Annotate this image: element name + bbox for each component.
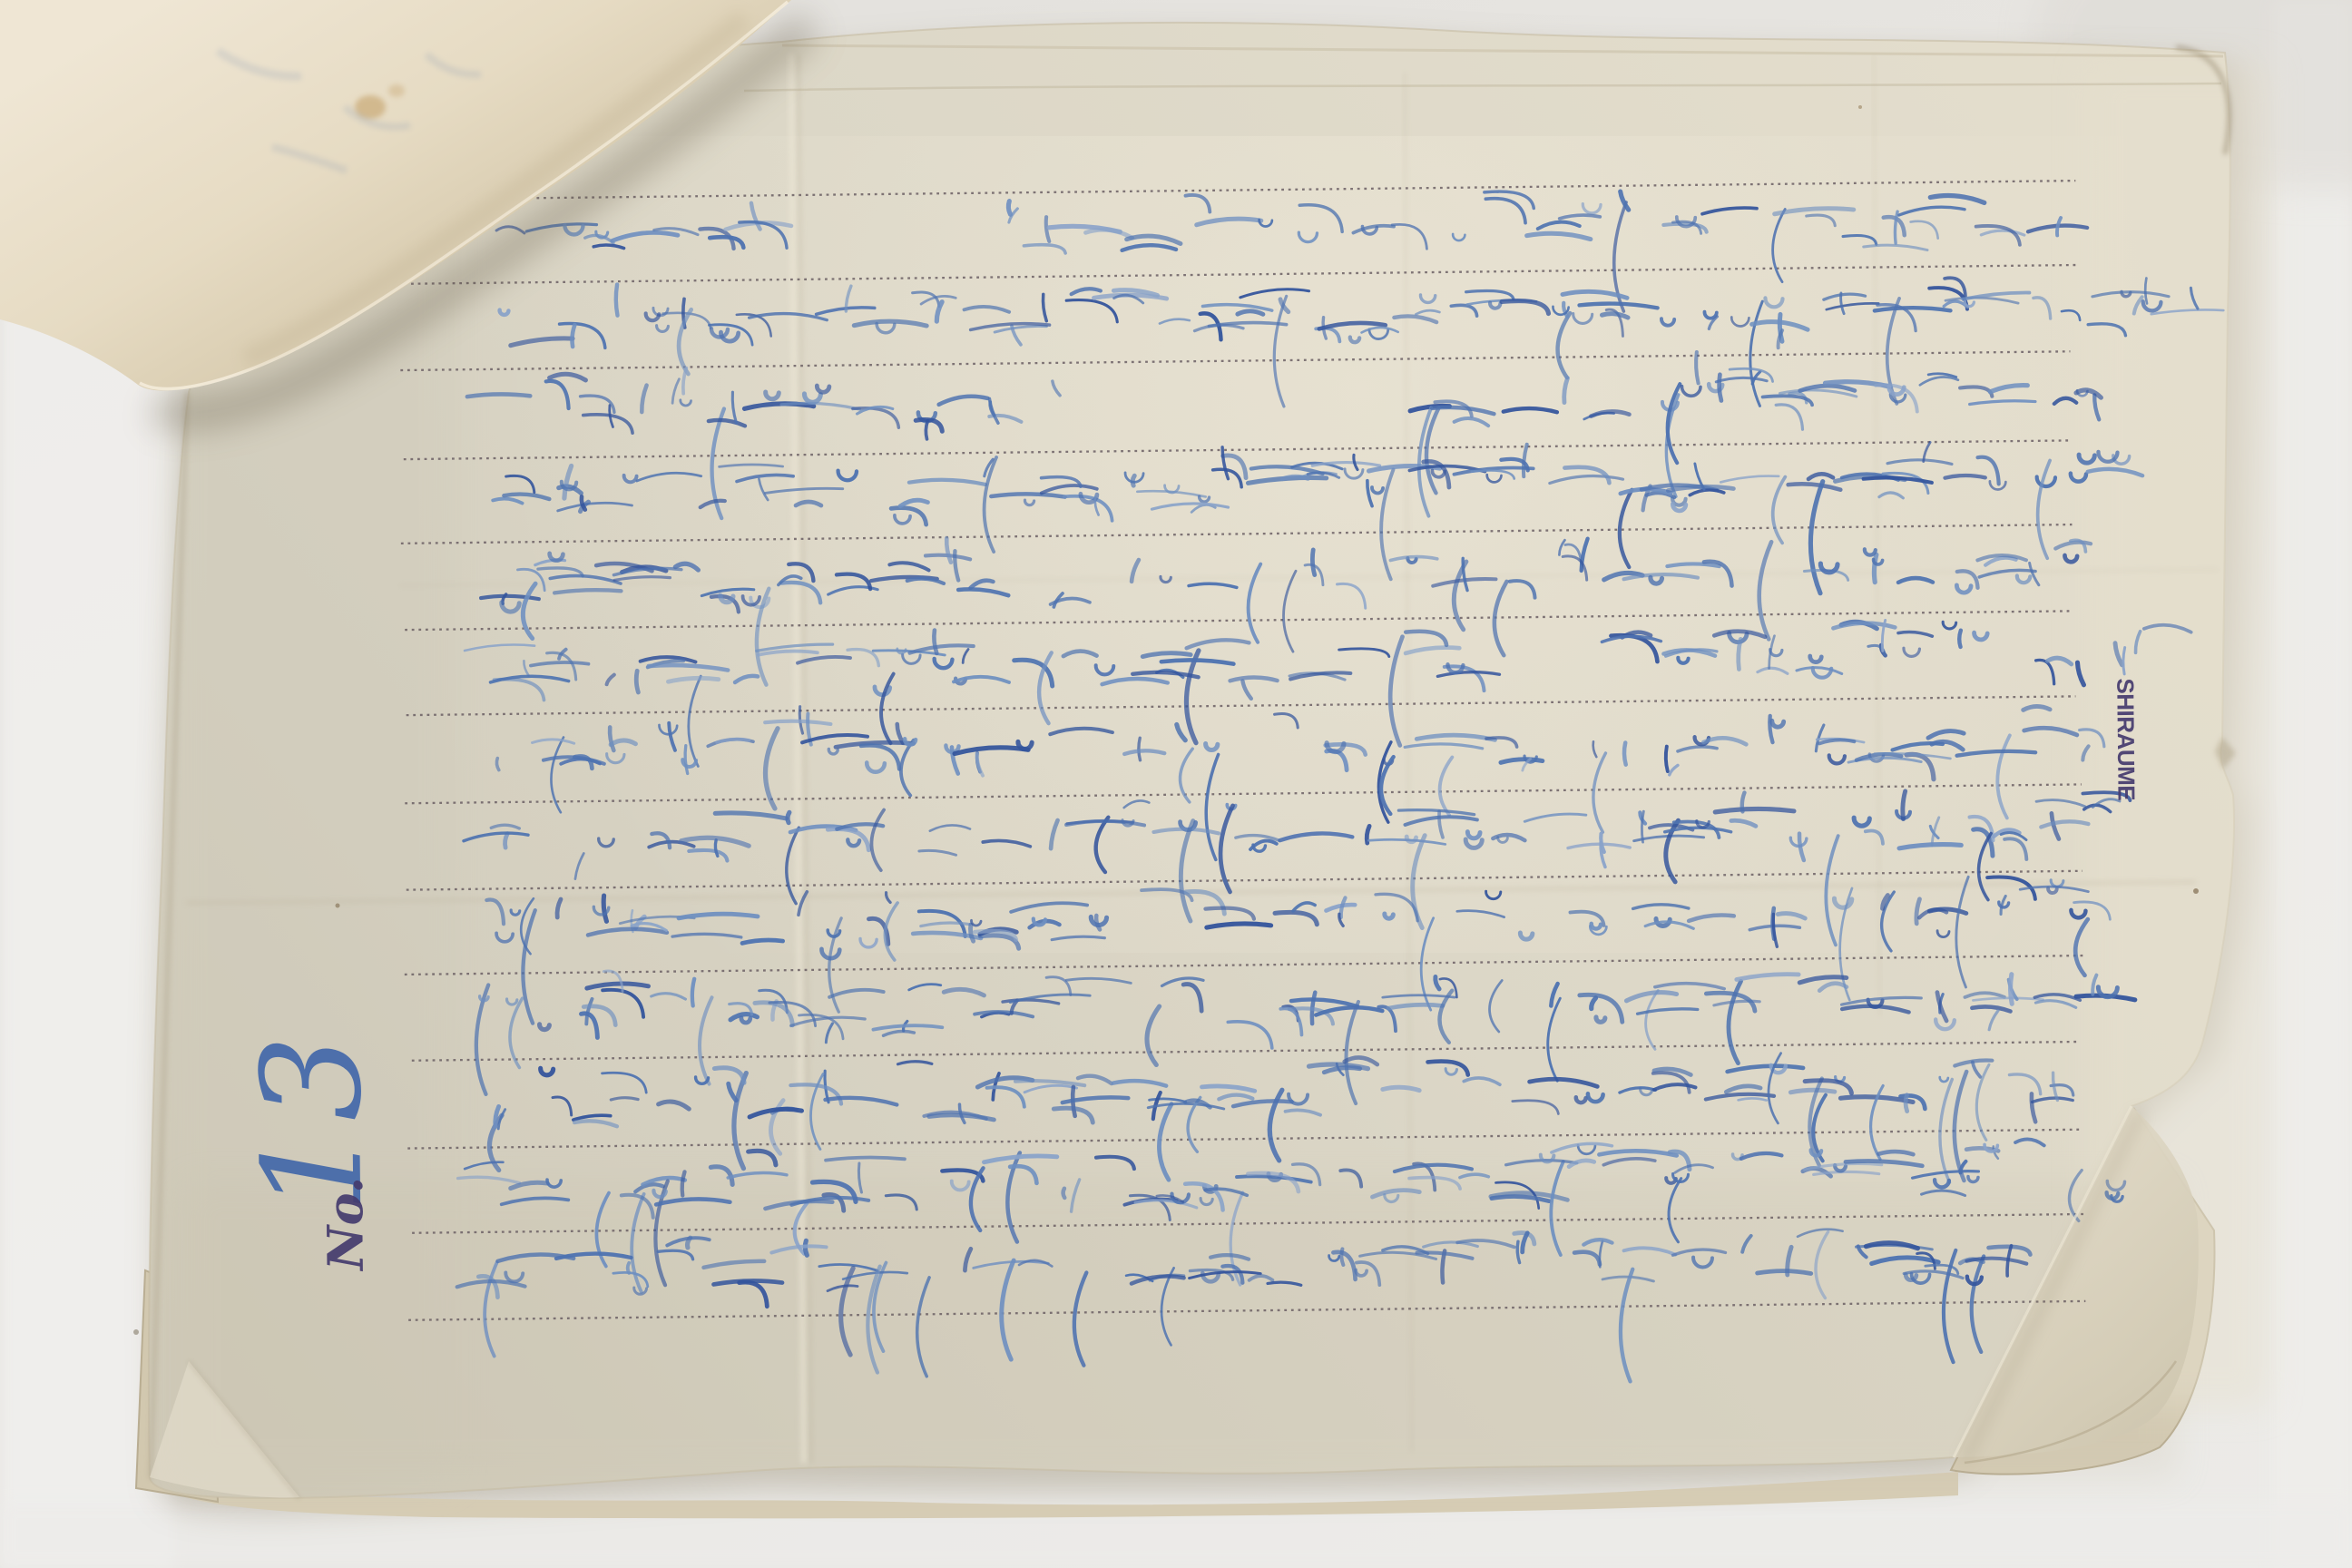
ink-stroke: [926, 421, 927, 439]
ink-stroke: [2010, 975, 2012, 1004]
ink-stroke: [692, 979, 695, 1006]
paper-sheen: [390, 136, 2160, 953]
ink-stroke: [1624, 742, 1626, 764]
ink-stroke: [1132, 475, 1134, 485]
ink-stroke: [616, 285, 618, 316]
photo-scene: 13 No. SHIRAUME: [0, 0, 2352, 1568]
curl-stain-2: [388, 84, 405, 97]
paper-speck-3: [1858, 105, 1862, 109]
ink-stroke: [1790, 1090, 1834, 1093]
ink-stroke: [788, 812, 789, 822]
ink-stroke: [1738, 639, 1740, 669]
no-label: No.: [316, 1176, 375, 1272]
ink-stroke: [505, 834, 507, 848]
ink-stroke: [1906, 1095, 1907, 1112]
ink-stroke: [1008, 201, 1010, 215]
backdrop-speck: [133, 1329, 139, 1335]
paper-speck-2: [336, 904, 340, 908]
ink-stroke: [1063, 1189, 1065, 1198]
ink-stroke: [1719, 375, 1720, 401]
brand-label: SHIRAUME: [2112, 678, 2140, 800]
ink-stroke: [636, 671, 638, 692]
ink-stroke: [1959, 631, 1961, 647]
paper-speck-1: [2193, 888, 2199, 894]
ink-stroke: [1666, 747, 1668, 771]
backdrop-right-strip: [2273, 0, 2352, 1568]
document-photo: 13 No. SHIRAUME: [0, 0, 2352, 1568]
ink-stroke: [1903, 791, 1906, 819]
ink-stroke: [1696, 352, 1699, 383]
ink-stroke: [467, 394, 530, 397]
ink-stroke: [1312, 550, 1314, 575]
